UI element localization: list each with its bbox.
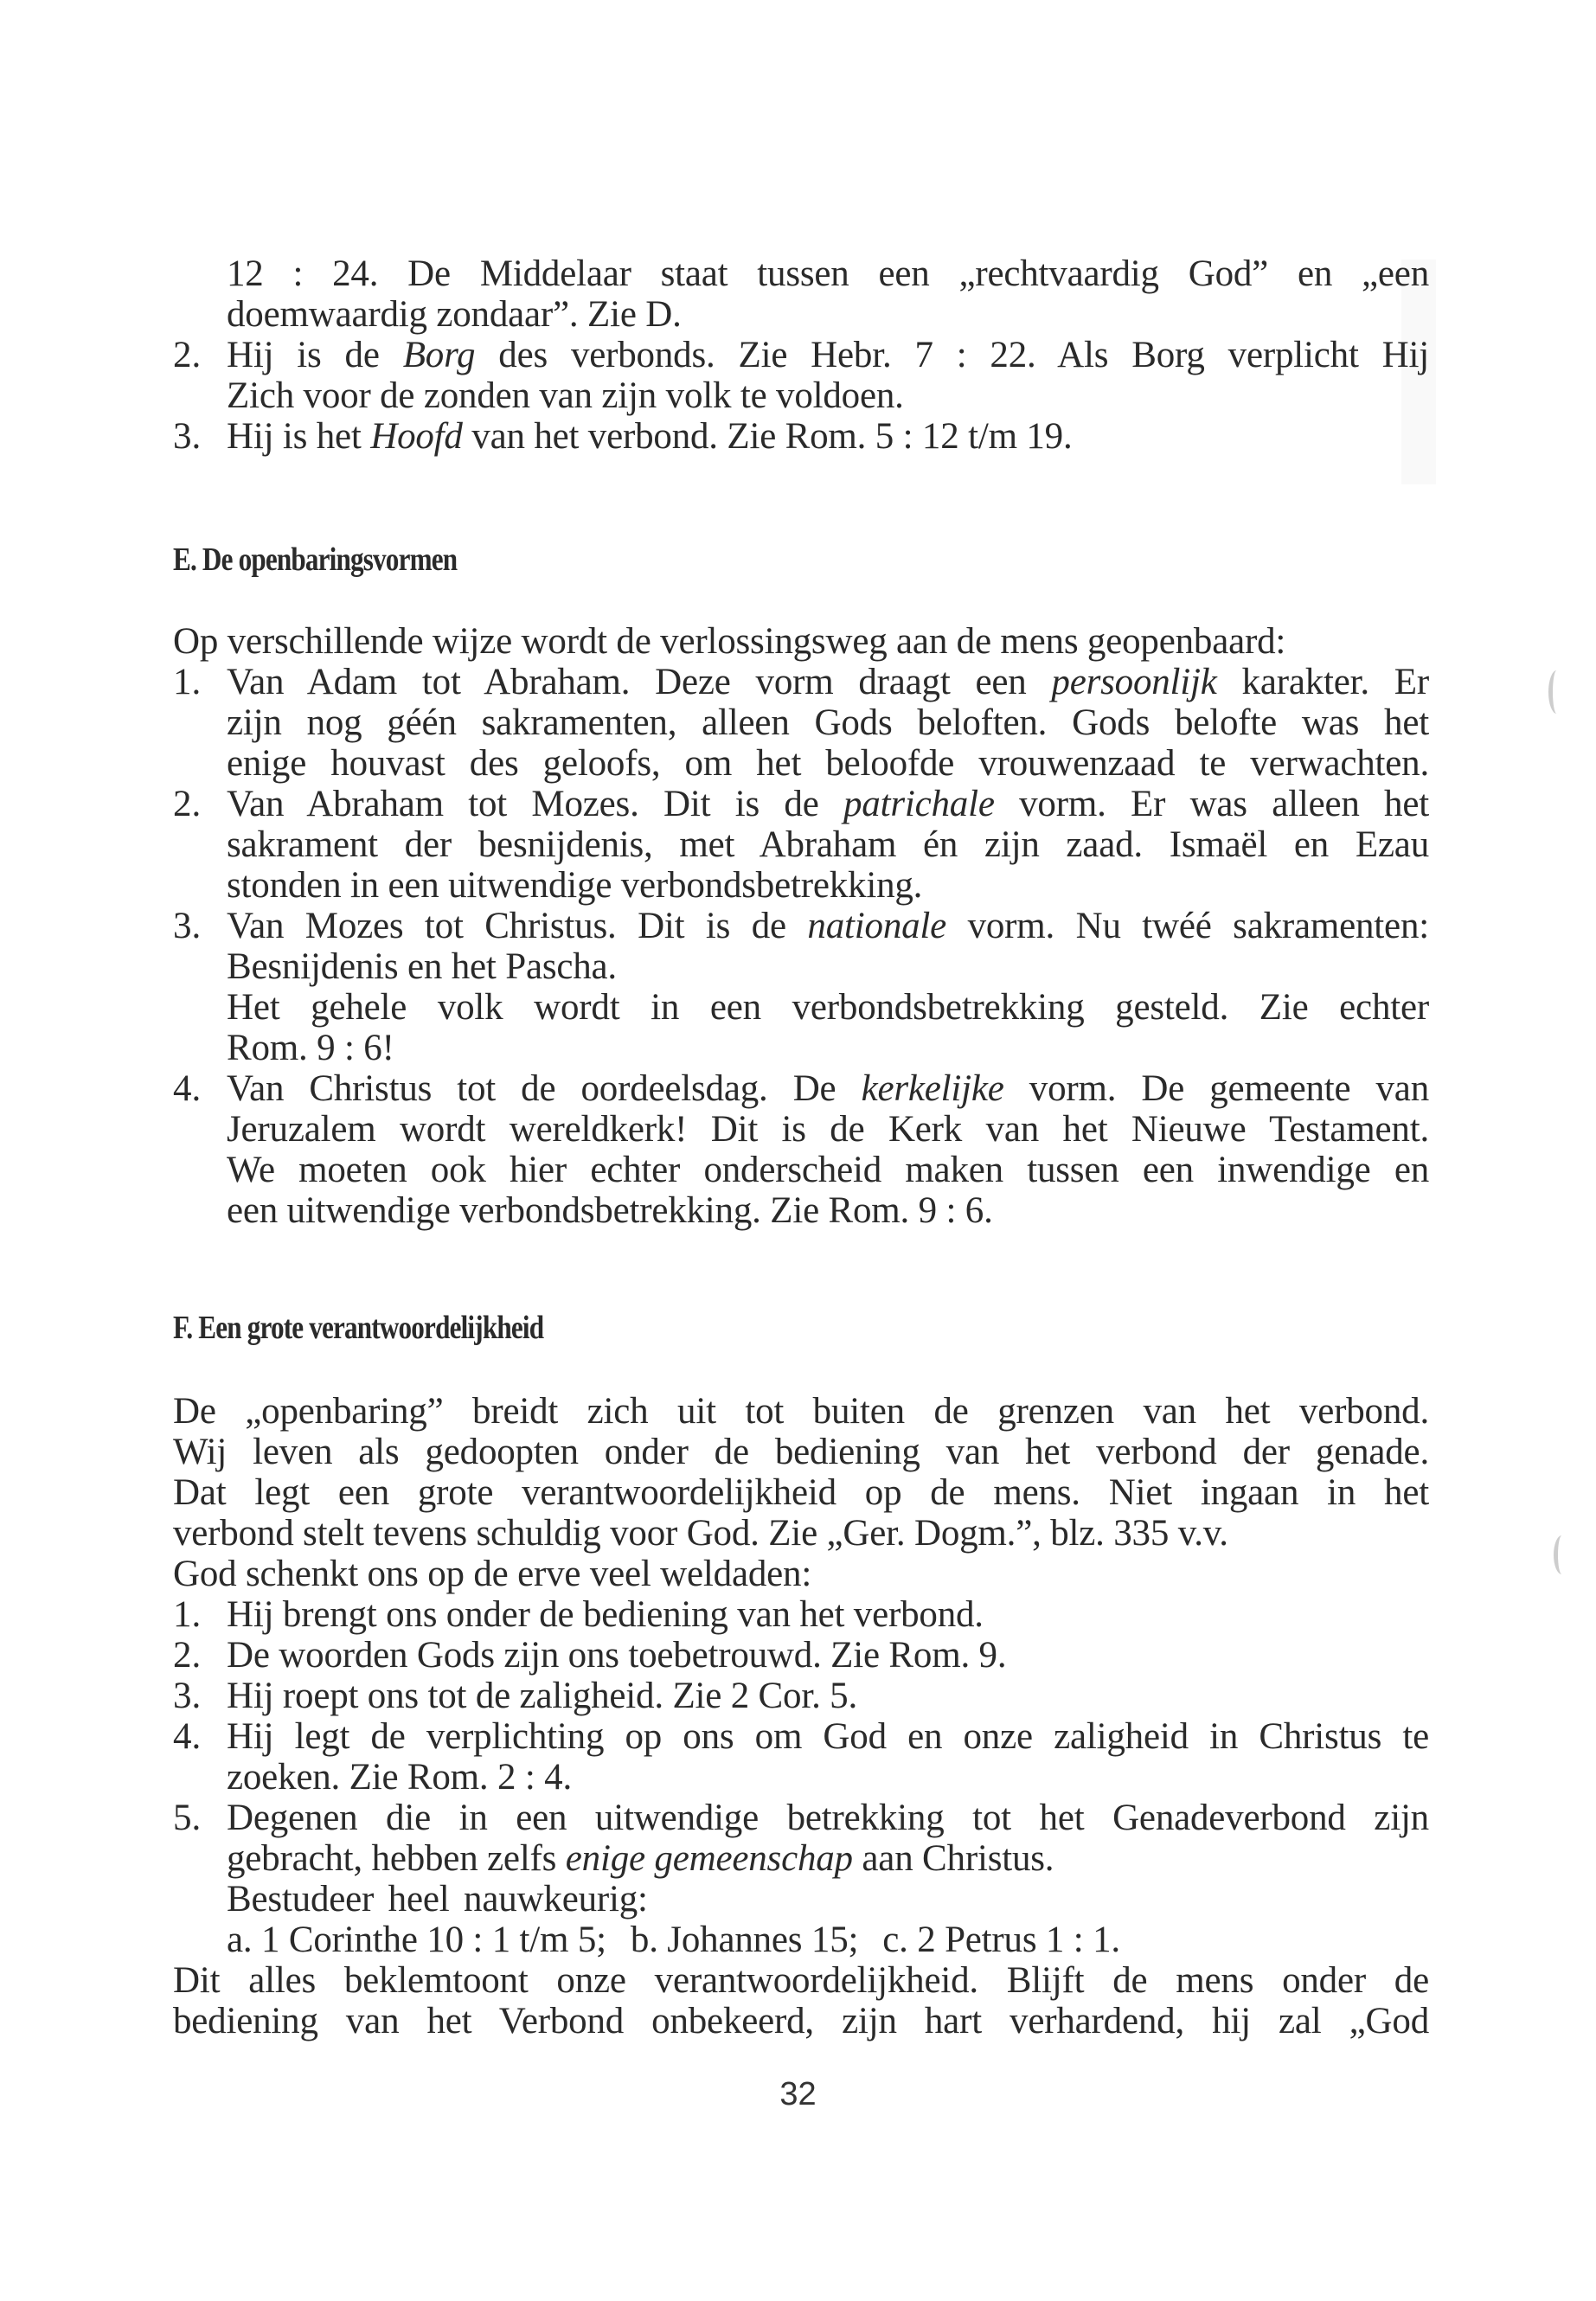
- reference-a: a. 1 Corinthe 10 : 1 t/m 5;: [227, 1920, 606, 1960]
- text-line: Hij is het Hoofd van het verbond. Zie Ro…: [227, 416, 1429, 457]
- text-line: Hij legt de verplichting op ons om God e…: [227, 1716, 1429, 1757]
- text-line: De „openbaring” breidt zich uit tot buit…: [173, 1391, 1429, 1432]
- list-number: 4.: [173, 1068, 201, 1109]
- text-line: Het gehele volk wordt in een verbondsbet…: [227, 987, 1429, 1028]
- section-heading-f: F. Een grote verantwoordelijkheid: [173, 1308, 543, 1349]
- list-number: 3.: [173, 416, 201, 457]
- text-line: zijn nog géén sakramenten, alleen Gods b…: [227, 702, 1429, 743]
- text-line: gebracht, hebben zelfs enige gemeenschap…: [227, 1838, 1429, 1879]
- text-line: Rom. 9 : 6!: [227, 1028, 1429, 1068]
- text-line: stonden in een uitwendige verbondsbetrek…: [227, 865, 1429, 906]
- page-number: 32: [0, 2076, 1596, 2113]
- book-page: 12 : 24. De Middelaar staat tussen een „…: [0, 0, 1596, 2301]
- reference-b: b. Johannes 15;: [631, 1920, 858, 1960]
- text-line: Van Mozes tot Christus. Dit is de nation…: [227, 906, 1429, 946]
- text-line: Van Adam tot Abraham. Deze vorm draagt e…: [227, 662, 1429, 702]
- list-number: 2.: [173, 1635, 201, 1676]
- text-line: Hij brengt ons onder de bediening van he…: [227, 1594, 1429, 1635]
- text-line: Dat legt een grote verantwoordelijkheid …: [173, 1472, 1429, 1513]
- list-number: 1.: [173, 1594, 201, 1635]
- section-intro: Op verschillende wijze wordt de verlossi…: [173, 621, 1429, 662]
- list-number: 2.: [173, 784, 201, 824]
- text-line: doemwaardig zondaar”. Zie D.: [227, 294, 1429, 335]
- text-line: enige houvast des geloofs, om het beloof…: [227, 743, 1429, 784]
- text-line: De woorden Gods zijn ons toebetrouwd. Zi…: [227, 1635, 1429, 1676]
- text-line: Bestudeer heel nauwkeurig:: [227, 1879, 1429, 1920]
- text-line: verbond stelt tevens schuldig voor God. …: [173, 1513, 1429, 1554]
- reference-list: a. 1 Corinthe 10 : 1 t/m 5;b. Johannes 1…: [227, 1920, 1429, 1960]
- text-line: Hij roept ons tot de zaligheid. Zie 2 Co…: [227, 1676, 1429, 1716]
- section-heading-e: E. De openbaringsvormen: [173, 540, 457, 580]
- reference-c: c. 2 Petrus 1 : 1.: [882, 1920, 1120, 1960]
- text-line: Degenen die in een uitwendige betrekking…: [227, 1798, 1429, 1838]
- text-line: een uitwendige verbondsbetrekking. Zie R…: [227, 1190, 1429, 1231]
- text-line: Wij leven als gedoopten onder de bedieni…: [173, 1432, 1429, 1472]
- list-number: 4.: [173, 1716, 201, 1757]
- margin-bracket-mark: [1548, 670, 1565, 714]
- text-line: Dit alles beklemtoont onze verantwoordel…: [173, 1960, 1429, 2001]
- list-number: 3.: [173, 906, 201, 946]
- text-line: We moeten ook hier echter onderscheid ma…: [227, 1150, 1429, 1190]
- text-line: 12 : 24. De Middelaar staat tussen een „…: [227, 253, 1429, 294]
- list-number: 5.: [173, 1798, 201, 1838]
- text-line: God schenkt ons op de erve veel weldaden…: [173, 1554, 1429, 1594]
- text-line: Zich voor de zonden van zijn volk te vol…: [227, 375, 1429, 416]
- text-line: Besnijdenis en het Pascha.: [227, 946, 1429, 987]
- text-line: sakrament der besnijdenis, met Abraham é…: [227, 824, 1429, 865]
- text-line: Van Christus tot de oordeelsdag. De kerk…: [227, 1068, 1429, 1109]
- text-line: Van Abraham tot Mozes. Dit is de patrich…: [227, 784, 1429, 824]
- text-line: Hij is de Borg des verbonds. Zie Hebr. 7…: [227, 335, 1429, 375]
- text-line: Jeruzalem wordt wereldkerk! Dit is de Ke…: [227, 1109, 1429, 1150]
- list-number: 3.: [173, 1676, 201, 1716]
- text-line: bediening van het Verbond onbekeerd, zij…: [173, 2001, 1429, 2041]
- list-number: 1.: [173, 662, 201, 702]
- text-line: zoeken. Zie Rom. 2 : 4.: [227, 1757, 1429, 1798]
- list-number: 2.: [173, 335, 201, 375]
- margin-bracket-mark: [1554, 1535, 1570, 1574]
